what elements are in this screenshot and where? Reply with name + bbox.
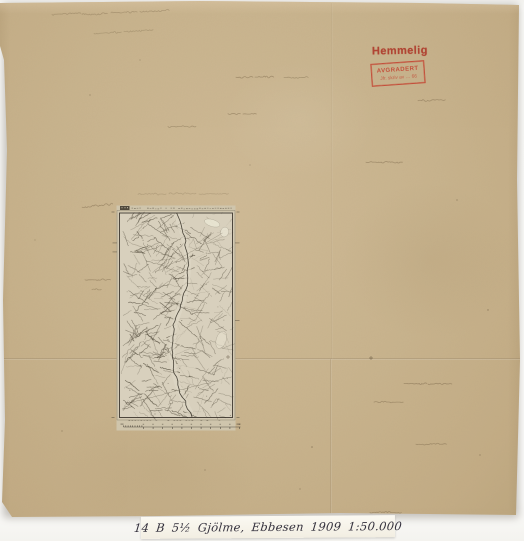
- paper-specks: [0, 0, 524, 541]
- pencil-annotation: [284, 73, 306, 83]
- paper-sheet: Hemmelig AVGRADERT Jfr. skriv av … 66: [0, 0, 524, 541]
- pencil-annotation: [228, 109, 256, 119]
- pencil-annotation: [138, 188, 228, 200]
- fold-crease-vertical-faint: [331, 3, 333, 359]
- caption-text: 14 B 5½ Gjölme, Ebbesen 1909 1:50.000: [133, 519, 402, 535]
- paper-stain: [340, 180, 520, 340]
- declassified-stamp: AVGRADERT Jfr. skriv av … 66: [370, 60, 425, 87]
- paper-grain-texture: [0, 0, 524, 541]
- map-engraving: [106, 202, 242, 432]
- topographic-map-inset: [106, 202, 242, 432]
- pencil-annotation: [366, 157, 402, 167]
- caption-label-strip: 14 B 5½ Gjölme, Ebbesen 1909 1:50.000: [141, 515, 395, 539]
- pencil-annotation: [92, 284, 99, 294]
- pencil-annotations-layer: [0, 0, 524, 541]
- fold-crease-vertical: [330, 359, 332, 516]
- pencil-annotation: [418, 95, 444, 106]
- fold-crease-horizontal: [0, 358, 521, 360]
- pencil-annotation: [52, 6, 168, 20]
- pencil-annotation: [236, 72, 272, 82]
- declassified-stamp-line2: Jfr. skriv av … 66: [380, 75, 417, 81]
- pencil-annotation: [168, 121, 194, 131]
- paper-stain: [220, 60, 380, 180]
- declassified-stamp-line1: AVGRADERT: [377, 66, 419, 74]
- pencil-annotation: [374, 397, 402, 407]
- pencil-annotation: [94, 25, 152, 38]
- pencil-annotation: [416, 439, 444, 449]
- declassified-stamp-box: AVGRADERT Jfr. skriv av … 66: [370, 60, 425, 87]
- scanned-map-sheet-page: Hemmelig AVGRADERT Jfr. skriv av … 66 14…: [0, 0, 524, 541]
- hemmelig-stamp: Hemmelig: [372, 45, 428, 58]
- pencil-annotation: [404, 379, 450, 389]
